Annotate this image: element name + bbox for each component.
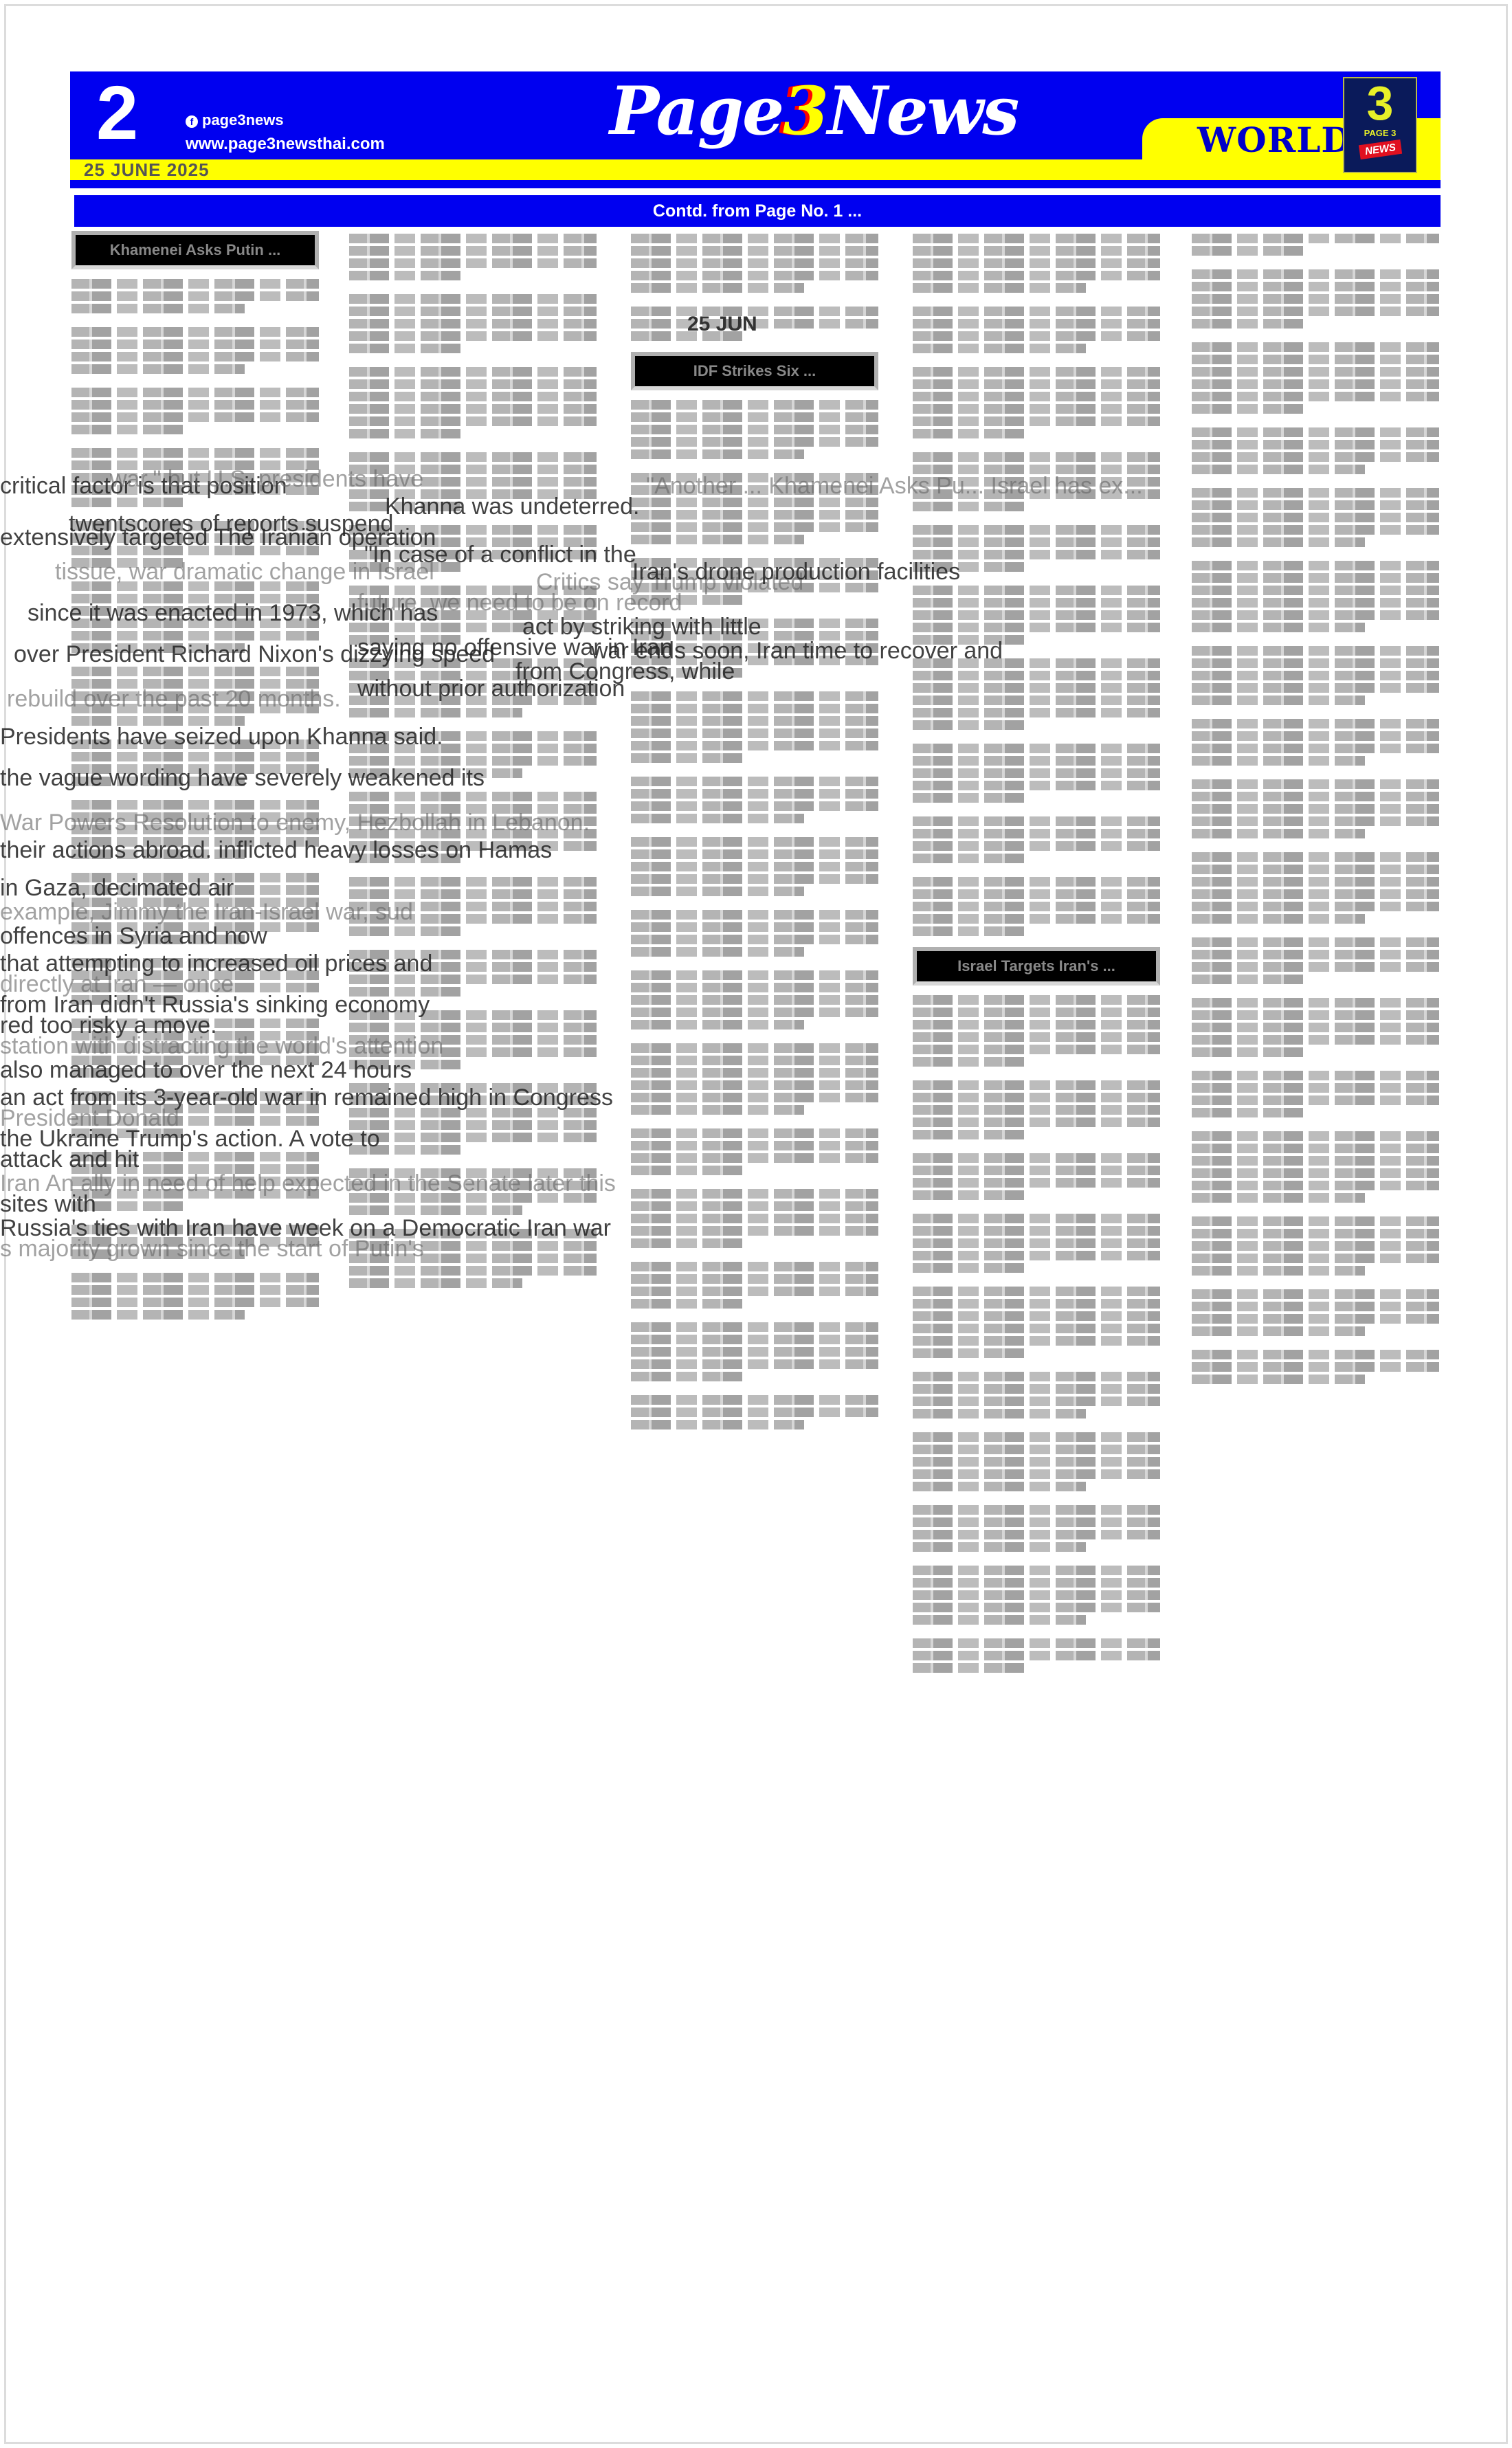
paragraph-gap — [1192, 333, 1439, 340]
text-line — [1192, 1047, 1303, 1057]
overlay-text-fragment: Khanna was undeterred. — [385, 495, 639, 518]
text-line — [631, 995, 878, 1005]
text-line — [1192, 537, 1365, 547]
text-line — [349, 1133, 597, 1142]
paragraph-gap — [913, 940, 1160, 947]
paragraph-gap — [349, 357, 597, 364]
text-line — [913, 1020, 1160, 1030]
text-line — [71, 388, 319, 397]
overlay-text-fragment: rebuild over the past 20 months. — [7, 687, 341, 711]
article-paragraph — [71, 279, 319, 313]
text-line — [913, 696, 1160, 705]
text-line — [1192, 269, 1439, 279]
issue-date: 25 JUNE 2025 — [84, 159, 210, 181]
article-paragraph — [913, 1372, 1160, 1418]
text-line — [1192, 355, 1439, 364]
text-line — [631, 1056, 878, 1065]
overlay-text-fragment: Presidents have seized upon Khanna said. — [0, 725, 443, 748]
text-line — [349, 331, 597, 341]
text-line — [913, 452, 1160, 462]
paragraph-gap — [71, 378, 319, 385]
text-line — [349, 1266, 597, 1276]
paragraph-gap — [913, 867, 1160, 874]
text-line — [913, 258, 1160, 268]
article-paragraph — [913, 1638, 1160, 1673]
newspaper-title: Page3News — [610, 78, 1018, 144]
text-line — [1192, 731, 1439, 741]
text-line — [913, 1457, 1160, 1467]
article-paragraph — [913, 877, 1160, 936]
text-line — [631, 1226, 878, 1236]
paragraph-gap — [913, 515, 1160, 522]
text-line — [913, 793, 1024, 803]
text-line — [631, 1335, 878, 1344]
logo-label: PAGE 3 — [1344, 128, 1416, 138]
article-paragraph — [349, 294, 597, 353]
text-line — [1192, 756, 1365, 766]
paragraph-gap — [1192, 988, 1439, 995]
text-line — [631, 400, 878, 410]
text-line — [913, 1469, 1160, 1479]
article-paragraph — [631, 400, 878, 459]
article-paragraph — [913, 367, 1160, 438]
text-line — [1192, 1314, 1439, 1324]
text-line — [349, 1120, 597, 1130]
text-line — [913, 1615, 1086, 1625]
text-line — [349, 307, 597, 316]
article-paragraph — [1192, 269, 1439, 329]
text-line — [913, 1045, 1160, 1054]
text-line — [1192, 646, 1439, 656]
text-line — [913, 379, 1160, 389]
text-line — [1192, 1241, 1439, 1251]
text-line — [631, 1189, 878, 1199]
text-line — [1192, 1375, 1365, 1384]
paragraph-gap — [1192, 1207, 1439, 1214]
text-line — [631, 1359, 878, 1369]
text-line — [913, 234, 1160, 243]
text-line — [631, 970, 878, 980]
text-line — [71, 340, 319, 349]
text-line — [913, 429, 1024, 438]
article-paragraph — [71, 327, 319, 374]
paragraph-gap — [349, 285, 597, 291]
text-line — [913, 1638, 1160, 1648]
text-line — [1192, 1023, 1439, 1032]
text-line — [71, 498, 183, 507]
overlay-text-fragment: Iran's drone production facilities — [632, 560, 960, 583]
paragraph-gap — [71, 790, 319, 797]
text-line — [631, 983, 878, 992]
text-line — [631, 271, 878, 280]
text-line — [913, 537, 1160, 547]
text-line — [1192, 1326, 1365, 1336]
text-line — [913, 1080, 1160, 1090]
text-line — [349, 404, 597, 414]
text-line — [913, 1032, 1160, 1042]
text-line — [913, 1178, 1160, 1188]
text-line — [1192, 804, 1439, 814]
text-line — [349, 1023, 597, 1032]
text-line — [349, 756, 597, 766]
text-line — [1192, 1350, 1439, 1359]
text-line — [631, 1105, 804, 1115]
article-paragraph — [631, 1128, 878, 1175]
text-line — [913, 550, 1160, 559]
overlay-text-fragment: in Gaza, decimated air — [0, 876, 234, 900]
text-line — [631, 1407, 878, 1417]
article-headline: Israel Targets Iran's ... — [913, 947, 1160, 986]
text-line — [1192, 1010, 1439, 1020]
paragraph-gap — [349, 443, 597, 449]
text-line — [913, 1166, 1160, 1175]
text-line — [913, 1093, 1160, 1102]
text-line — [1192, 452, 1439, 462]
article-paragraph — [913, 1566, 1160, 1625]
article-paragraph — [631, 837, 878, 896]
paragraph-gap — [1192, 928, 1439, 935]
paragraph-gap — [631, 1252, 878, 1259]
text-line — [913, 1663, 1024, 1673]
text-line — [913, 744, 1160, 753]
paragraph-gap — [913, 1677, 1160, 1684]
text-line — [71, 1310, 245, 1320]
text-line — [913, 344, 1086, 353]
text-line — [631, 849, 878, 859]
text-line — [349, 926, 460, 936]
text-line — [1192, 1108, 1303, 1117]
text-line — [1192, 865, 1439, 874]
logo-number: 3 — [1344, 78, 1416, 128]
text-line — [913, 829, 1160, 838]
text-line — [913, 1263, 1024, 1273]
text-line — [913, 1590, 1160, 1600]
text-line — [913, 1505, 1160, 1515]
text-line — [349, 271, 460, 280]
article-paragraph — [1192, 998, 1439, 1057]
paragraph-gap — [631, 1179, 878, 1186]
text-line — [631, 1299, 742, 1309]
article-paragraph — [349, 367, 597, 438]
text-line — [631, 1043, 878, 1053]
text-line — [631, 425, 878, 434]
overlay-text-fragment: also managed to over the next 24 hours — [0, 1058, 412, 1082]
text-line — [631, 691, 878, 701]
article-paragraph — [631, 1043, 878, 1115]
text-line — [631, 1372, 742, 1381]
text-line — [913, 1311, 1160, 1321]
text-line — [1192, 719, 1439, 728]
text-line — [913, 1238, 1160, 1248]
paragraph-gap — [913, 807, 1160, 814]
text-line — [631, 1080, 878, 1090]
article-paragraph — [913, 744, 1160, 803]
paragraph-gap — [71, 863, 319, 870]
masthead-bottom-band — [70, 180, 1441, 188]
text-line — [1192, 852, 1439, 862]
text-line — [913, 1190, 1024, 1200]
text-line — [1192, 658, 1439, 668]
text-line — [631, 1274, 878, 1284]
text-line — [1192, 962, 1439, 972]
article-paragraph — [1192, 937, 1439, 984]
article-paragraph — [631, 1262, 878, 1309]
overlay-text-fragment: attack and hit — [0, 1148, 139, 1171]
overlay-text-fragment: war," but U.S. presidents have — [110, 467, 423, 491]
text-line — [1192, 1289, 1439, 1299]
paragraph-gap — [913, 1495, 1160, 1502]
text-line — [631, 874, 878, 884]
article-paragraph — [913, 1080, 1160, 1139]
text-line — [631, 1141, 878, 1150]
text-line — [631, 234, 878, 243]
facebook-icon: f — [186, 115, 198, 128]
text-line — [71, 631, 319, 641]
website-link[interactable]: www.page3newsthai.com — [186, 135, 385, 154]
page3-logo: 3 PAGE 3 NEWS — [1343, 77, 1417, 173]
page-number: 2 — [96, 76, 138, 151]
text-line — [631, 498, 878, 507]
text-line — [631, 862, 878, 871]
article-paragraph — [1192, 427, 1439, 474]
article-paragraph — [631, 777, 878, 823]
text-line — [1192, 610, 1439, 620]
text-line — [1192, 598, 1439, 608]
text-line — [1192, 392, 1439, 401]
text-line — [1192, 440, 1439, 449]
text-line — [913, 1130, 1024, 1139]
text-line — [1192, 816, 1439, 826]
text-line — [913, 1324, 1160, 1333]
paragraph-gap — [631, 1119, 878, 1126]
paragraph-gap — [1192, 1280, 1439, 1287]
text-line — [631, 535, 804, 544]
text-line — [913, 841, 1160, 851]
text-line — [631, 1347, 878, 1357]
article-paragraph — [631, 691, 878, 763]
paragraph-gap — [631, 463, 878, 470]
text-line — [913, 1105, 1160, 1115]
text-line — [913, 1214, 1160, 1223]
article-paragraph — [913, 586, 1160, 645]
paragraph-gap — [913, 1144, 1160, 1150]
text-line — [631, 1201, 878, 1211]
text-line — [1192, 307, 1439, 316]
text-line — [631, 283, 804, 293]
text-line — [913, 720, 1024, 730]
text-line — [1192, 1156, 1439, 1166]
text-line — [1192, 1071, 1439, 1080]
article-paragraph — [1192, 1071, 1439, 1117]
overlay-text-fragment: station with distracting the world's att… — [0, 1034, 443, 1058]
article-paragraph — [1192, 779, 1439, 838]
text-line — [349, 246, 597, 256]
text-line — [1192, 1144, 1439, 1153]
text-line — [913, 1384, 1160, 1394]
article-headline: Khamenei Asks Putin ... — [71, 231, 319, 269]
text-line — [1192, 1302, 1439, 1311]
text-line — [913, 1445, 1160, 1454]
text-line — [631, 1238, 742, 1248]
text-line — [913, 781, 1160, 790]
text-line — [913, 1153, 1160, 1163]
paragraph-gap — [631, 1313, 878, 1320]
paragraph-gap — [71, 438, 319, 445]
text-line — [913, 319, 1160, 329]
text-line — [913, 816, 1160, 826]
text-line — [913, 1336, 1160, 1346]
article-paragraph — [1192, 852, 1439, 924]
text-line — [631, 1420, 804, 1429]
text-line — [1192, 525, 1439, 535]
text-line — [349, 877, 597, 887]
text-line — [1192, 937, 1439, 947]
text-line — [1192, 1181, 1439, 1190]
logo-news-badge: NEWS — [1358, 140, 1401, 159]
paragraph-gap — [71, 1324, 319, 1331]
text-line — [1192, 671, 1439, 680]
paragraph-gap — [71, 318, 319, 324]
text-line — [913, 331, 1160, 341]
paragraph-gap — [631, 1034, 878, 1041]
paragraph-gap — [631, 297, 878, 304]
article-paragraph — [1192, 234, 1439, 256]
date-stamp: 25 JUN — [687, 313, 757, 336]
text-line — [631, 716, 878, 726]
text-line — [1192, 488, 1439, 498]
article-paragraph — [1192, 561, 1439, 632]
brand-prefix: Page — [610, 72, 783, 150]
text-line — [1192, 1229, 1439, 1238]
paragraph-gap — [349, 1292, 597, 1299]
text-line — [1192, 379, 1439, 389]
overlay-text-fragment: example, Jimmy the Iran-Israel war, sud — [0, 900, 413, 924]
text-line — [1192, 1254, 1439, 1263]
paragraph-gap — [913, 297, 1160, 304]
paragraph-gap — [1192, 551, 1439, 558]
text-line — [1192, 1168, 1439, 1178]
text-line — [71, 752, 319, 761]
text-line — [349, 367, 597, 377]
article-column-4: Israel Targets Iran's ... — [913, 231, 1160, 1684]
overlay-text-fragment: the vague wording have severely weakened… — [0, 766, 485, 790]
article-paragraph — [913, 234, 1160, 293]
paragraph-gap — [71, 1263, 319, 1270]
text-line — [631, 1153, 878, 1163]
text-line — [71, 412, 319, 422]
text-line — [631, 1128, 878, 1138]
text-line — [631, 777, 878, 786]
article-paragraph — [1192, 1131, 1439, 1203]
text-line — [913, 502, 1024, 511]
text-line — [913, 1008, 1160, 1017]
text-line — [631, 1262, 878, 1271]
article-paragraph — [631, 910, 878, 957]
article-paragraph — [631, 1322, 878, 1381]
text-line — [1192, 914, 1365, 924]
paragraph-gap — [349, 867, 597, 874]
text-line — [913, 1348, 1024, 1358]
overlay-text-fragment: their actions abroad. inflicted heavy lo… — [0, 838, 552, 862]
text-line — [1192, 427, 1439, 437]
paragraph-gap — [631, 827, 878, 834]
text-line — [71, 667, 319, 676]
text-line — [913, 525, 1160, 535]
text-line — [1192, 1083, 1439, 1093]
text-line — [913, 623, 1160, 632]
text-line — [913, 756, 1160, 766]
text-line — [1192, 998, 1439, 1008]
paragraph-gap — [1192, 843, 1439, 849]
article-paragraph — [1192, 1350, 1439, 1384]
article-paragraph — [1192, 719, 1439, 766]
article-column-3: IDF Strikes Six ... — [631, 231, 878, 1440]
text-line — [631, 437, 878, 447]
article-paragraph — [1192, 1216, 1439, 1276]
text-line — [913, 1530, 1160, 1539]
text-line — [913, 1517, 1160, 1527]
article-headline: IDF Strikes Six ... — [631, 352, 878, 390]
article-paragraph — [71, 1273, 319, 1320]
text-line — [631, 1395, 878, 1405]
text-line — [1192, 367, 1439, 377]
text-line — [631, 922, 878, 932]
facebook-link[interactable]: fpage3news — [186, 111, 284, 129]
text-line — [1192, 586, 1439, 595]
text-line — [1192, 234, 1439, 243]
text-line — [631, 412, 878, 422]
text-line — [71, 279, 319, 289]
text-line — [1192, 792, 1439, 801]
text-line — [913, 995, 1160, 1005]
text-line — [913, 902, 1160, 911]
paragraph-gap — [913, 734, 1160, 741]
text-line — [631, 753, 742, 763]
overlay-text-fragment: "In case of a conflict in the — [364, 543, 636, 566]
text-line — [349, 416, 597, 426]
text-line — [1192, 1131, 1439, 1141]
article-paragraph — [71, 388, 319, 434]
overlay-text-fragment: offences in Syria and now — [0, 924, 267, 948]
paragraph-gap — [631, 900, 878, 907]
text-line — [631, 1008, 878, 1017]
text-line — [631, 814, 804, 823]
brand-suffix: News — [827, 72, 1019, 150]
text-line — [1192, 1035, 1439, 1045]
text-line — [1192, 500, 1439, 510]
text-line — [1192, 1216, 1439, 1226]
paragraph-gap — [349, 1159, 597, 1166]
text-line — [1192, 1193, 1365, 1203]
text-line — [71, 304, 245, 313]
text-line — [349, 344, 460, 353]
paragraph-gap — [631, 548, 878, 555]
text-line — [1192, 877, 1439, 887]
paragraph-gap — [631, 345, 878, 352]
overlay-text-fragment: s majority grown since the start of Puti… — [0, 1237, 424, 1260]
text-line — [349, 234, 597, 243]
text-line — [1192, 950, 1439, 959]
text-line — [631, 910, 878, 920]
text-line — [913, 914, 1160, 924]
text-line — [1192, 683, 1439, 693]
text-line — [913, 246, 1160, 256]
text-line — [913, 1287, 1160, 1296]
text-line — [913, 877, 1160, 887]
text-line — [1192, 623, 1365, 632]
text-line — [631, 258, 878, 268]
text-line — [913, 889, 1160, 899]
